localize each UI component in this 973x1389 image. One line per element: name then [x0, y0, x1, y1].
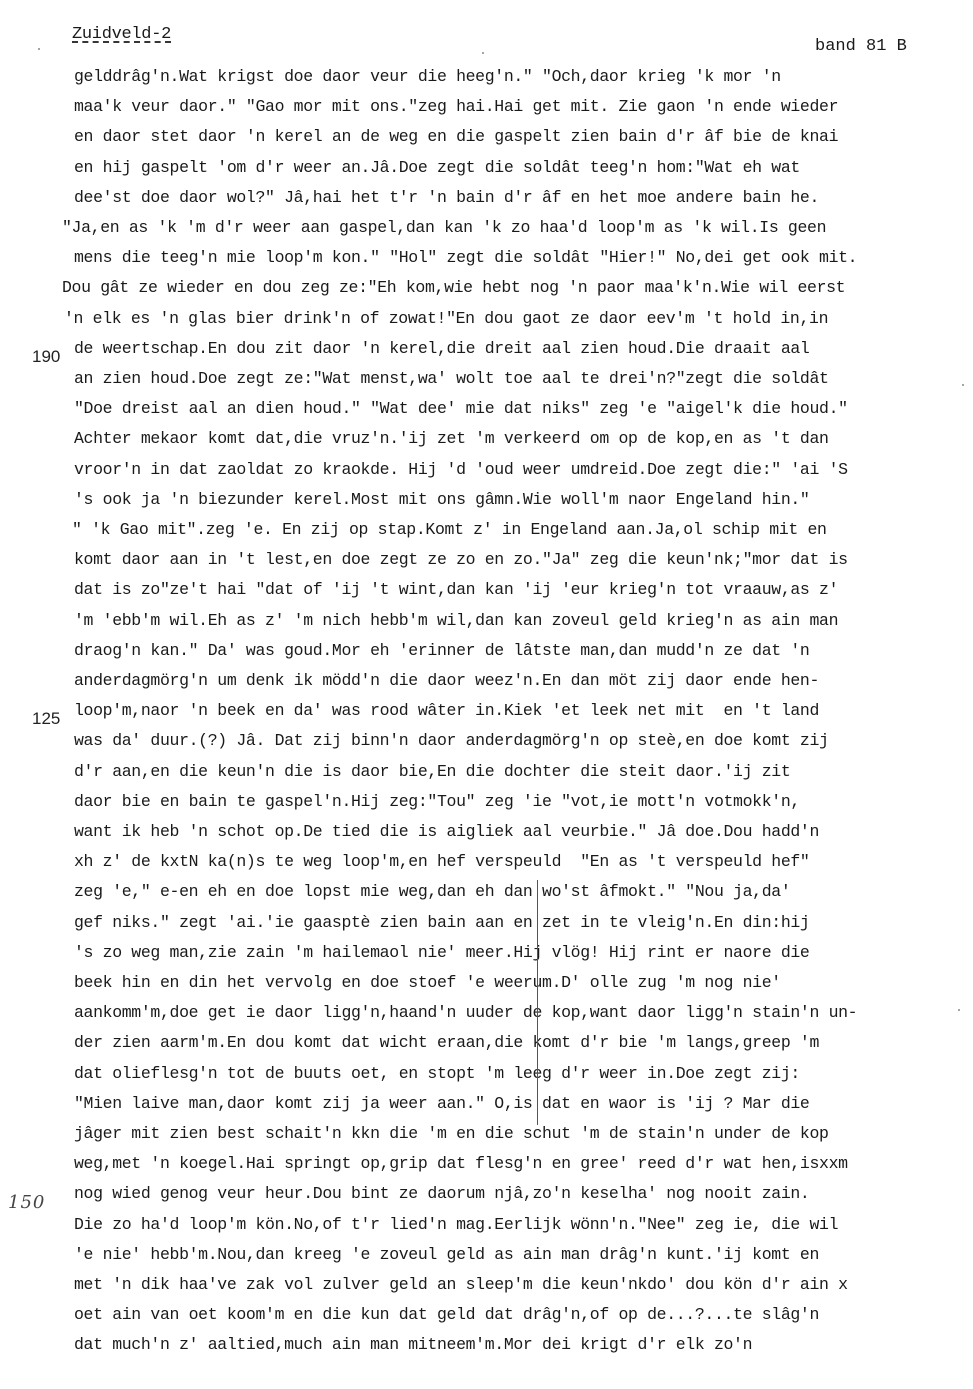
document-title: Zuidveld-2	[72, 25, 171, 44]
transcript-line: loop'm,naor 'n beek en da' was rood wâte…	[74, 701, 819, 721]
tape-reference: band 81 B	[815, 37, 907, 56]
transcript-line: Dou gât ze wieder en dou zeg ze:"Eh kom,…	[62, 278, 845, 298]
transcript-line: weg,met 'n koegel.Hai springt op,grip da…	[74, 1154, 848, 1174]
transcript-line: Achter mekaor komt dat,die vruz'n.'ij ze…	[74, 429, 829, 449]
transcript-line: anderdagmörg'n um denk ik mödd'n die dao…	[74, 671, 819, 691]
transcript-line: " 'k Gao mit".zeg 'e. En zij op stap.Kom…	[72, 520, 827, 540]
transcript-line: Die zo ha'd loop'm kön.No,of t'r lied'n …	[74, 1215, 838, 1235]
transcript-line: komt daor aan in 't lest,en doe zegt ze …	[74, 550, 848, 570]
transcript-line: en daor stet daor 'n kerel an de weg en …	[74, 127, 838, 147]
transcript-line: was da' duur.(?) Jâ. Dat zij binn'n daor…	[74, 731, 829, 751]
transcript-line: 'n elk es 'n glas bier drink'n of zowat!…	[64, 309, 828, 329]
transcript-line: want ik heb 'n schot op.De tied die is a…	[74, 822, 819, 842]
transcript-line: jâger mit zien best schait'n kkn die 'm …	[74, 1124, 829, 1144]
transcript-line: gelddrâg'n.Wat krigst doe daor veur die …	[74, 67, 781, 87]
transcript-line: dee'st doe daor wol?" Jâ,hai het t'r 'n …	[74, 188, 819, 208]
typescript-page: Zuidveld-2 band 81 B gelddrâg'n.Wat krig…	[0, 0, 973, 1389]
transcript-line: dat much'n z' aaltied,much ain man mitne…	[74, 1335, 752, 1355]
transcript-line: 'm 'ebb'm wil.Eh as z' 'm nich hebb'm wi…	[74, 611, 838, 631]
transcript-line: de weertschap.En dou zit daor 'n kerel,d…	[74, 339, 809, 359]
margin-number: 125	[32, 709, 60, 729]
margin-number: 150	[8, 1192, 45, 1213]
transcript-line: 's zo weg man,zie zain 'm hailemaol nie'…	[74, 943, 809, 963]
transcript-line: "Ja,en as 'k 'm d'r weer aan gaspel,dan …	[62, 218, 826, 238]
transcript-line: draog'n kan." Da' was goud.Mor eh 'erinn…	[74, 641, 809, 661]
transcript-line: aankomm'm,doe get ie daor ligg'n,haand'n…	[74, 1003, 857, 1023]
transcript-line: 'e nie' hebb'm.Nou,dan kreeg 'e zoveul g…	[74, 1245, 819, 1265]
transcript-line: daor bie en bain te gaspel'n.Hij zeg:"To…	[74, 792, 800, 812]
pencil-margin-line	[537, 880, 538, 1125]
transcript-line: vroor'n in dat zaoldat zo kraokde. Hij '…	[74, 460, 848, 480]
transcript-line: 's ook ja 'n biezunder kerel.Most mit on…	[74, 490, 809, 510]
scan-speck	[962, 384, 964, 386]
transcript-line: en hij gaspelt 'om d'r weer an.Jâ.Doe ze…	[74, 158, 800, 178]
transcript-line: nog wied genog veur heur.Dou bint ze dao…	[74, 1184, 809, 1204]
margin-number: 190	[32, 347, 60, 367]
scan-speck	[38, 48, 40, 50]
scan-speck	[958, 1009, 960, 1011]
transcript-line: beek hin en din het vervolg en doe stoef…	[74, 973, 781, 993]
transcript-line: dat olieflesg'n tot de buuts oet, en sto…	[74, 1064, 800, 1084]
transcript-line: met 'n dik haa've zak vol zulver geld an…	[74, 1275, 848, 1295]
transcript-line: der zien aarm'm.En dou komt dat wicht er…	[74, 1033, 819, 1053]
transcript-line: dat is zo"ze't hai "dat of 'ij 't wint,d…	[74, 580, 838, 600]
transcript-line: zeg 'e," e-en eh en doe lopst mie weg,da…	[74, 882, 790, 902]
scan-speck	[482, 52, 484, 54]
transcript-line: xh z' de kxtN ka(n)s te weg loop'm,en he…	[74, 852, 809, 872]
transcript-line: oet ain van oet koom'm en die kun dat ge…	[74, 1305, 819, 1325]
transcript-line: an zien houd.Doe zegt ze:"Wat menst,wa' …	[74, 369, 829, 389]
transcript-line: maa'k veur daor." "Gao mor mit ons."zeg …	[74, 97, 838, 117]
transcript-line: d'r aan,en die keun'n die is daor bie,En…	[74, 762, 790, 782]
transcript-line: "Mien laive man,daor komt zij ja weer aa…	[74, 1094, 809, 1114]
transcript-line: "Doe dreist aal an dien houd." "Wat dee'…	[74, 399, 848, 419]
transcript-line: gef niks." zegt 'ai.'ie gaasptè zien bai…	[74, 913, 809, 933]
transcript-line: mens die teeg'n mie loop'm kon." "Hol" z…	[74, 248, 857, 268]
